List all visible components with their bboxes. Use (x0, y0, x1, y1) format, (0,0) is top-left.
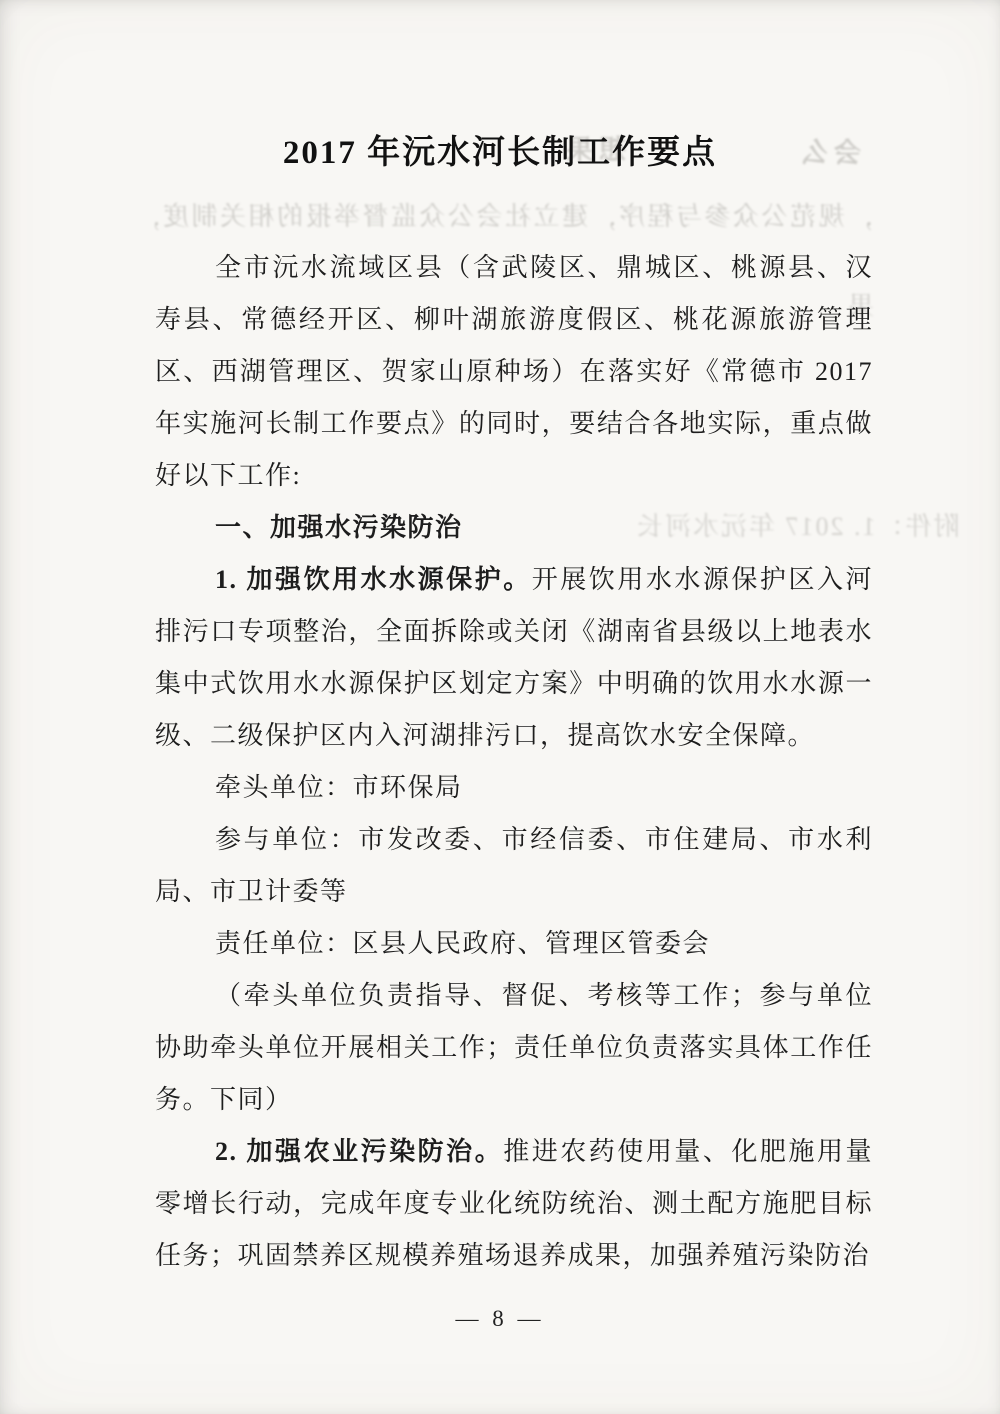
participating-units-line: 参与单位：市发改委、市经信委、市住建局、市水利局、市卫计委等 (155, 814, 873, 918)
item-1-lead: 1. 加强饮用水水源保护。 (215, 565, 532, 594)
bleed-through-line: ，规范公众参与程序，建立社会公众监督举报的相关制度， (155, 196, 873, 233)
page-number: — 8 — (0, 1306, 1000, 1332)
intro-paragraph: 全市沅水流域区县（含武陵区、鼎城区、桃源县、汉寿县、常德经开区、柳叶湖旅游度假区… (155, 242, 873, 502)
section-heading-1: 一、加强水污染防治 (155, 502, 873, 554)
item-2-lead: 2. 加强农业污染防治。 (215, 1137, 503, 1166)
note-paragraph: （牵头单位负责指导、督促、考核等工作；参与单位协助牵头单位开展相关工作；责任单位… (155, 970, 873, 1126)
scanned-document-page: 想果 会么 ，规范公众参与程序，建立社会公众监督举报的相关制度， 附件：1. 2… (0, 0, 1000, 1414)
document-body: 全市沅水流域区县（含武陵区、鼎城区、桃源县、汉寿县、常德经开区、柳叶湖旅游度假区… (155, 242, 873, 1282)
document-title: 2017 年沅水河长制工作要点 (0, 126, 1000, 173)
responsible-units-line: 责任单位：区县人民政府、管理区管委会 (155, 918, 873, 970)
item-2-paragraph: 2. 加强农业污染防治。推进农药使用量、化肥施用量零增长行动，完成年度专业化统防… (155, 1126, 873, 1282)
item-1-paragraph: 1. 加强饮用水水源保护。开展饮用水水源保护区入河排污口专项整治，全面拆除或关闭… (155, 554, 873, 762)
lead-unit-line: 牵头单位：市环保局 (155, 762, 873, 814)
